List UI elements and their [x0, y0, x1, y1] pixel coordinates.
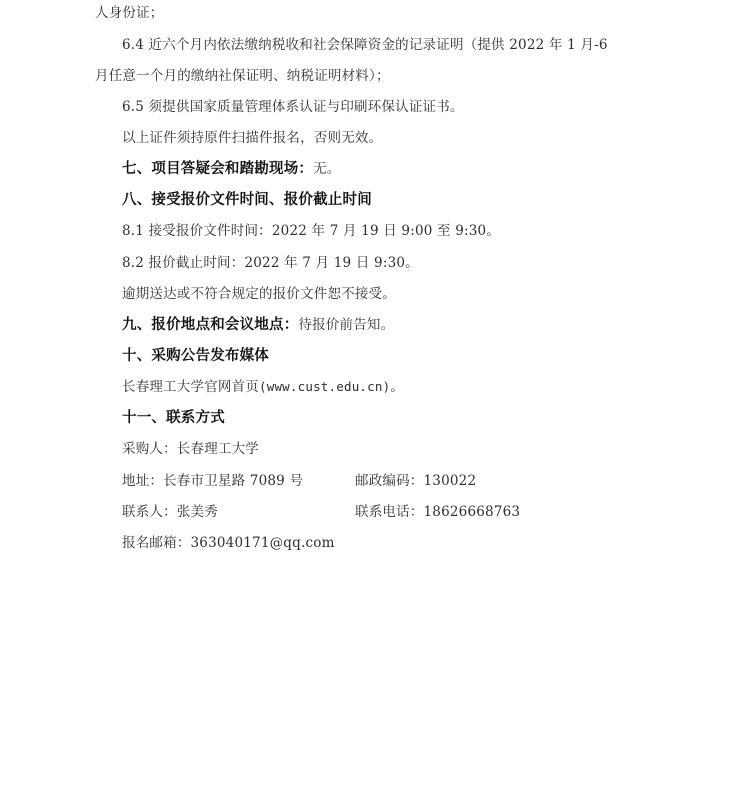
phone-text: 联系电话：18626668763	[355, 501, 520, 523]
section-7-value: 无。	[313, 161, 340, 177]
item-8-2-text: 8.2 报价截止时间：2022 年 7 月 19 日 9:30。	[122, 252, 419, 274]
address-text: 地址：长春市卫星路 7089 号	[122, 473, 303, 489]
address-row: 地址：长春市卫星路 7089 号 邮政编码：130022	[122, 470, 622, 492]
section-7-heading: 七、项目答疑会和踏勘现场：无。	[122, 158, 341, 180]
contact-row: 联系人：张美秀 联系电话：18626668763	[122, 501, 622, 523]
media-url-link[interactable]: (www.cust.edu.cn)	[259, 379, 390, 394]
section-10-heading: 十、采购公告发布媒体	[122, 345, 269, 367]
contact-person-text: 联系人：张美秀	[122, 504, 218, 520]
postcode-text: 邮政编码：130022	[355, 470, 476, 492]
item-6-4-continued-text: 月任意一个月的缴纳社保证明、纳税证明材料）；	[95, 65, 390, 87]
media-name: 长春理工大学官网首页	[122, 379, 259, 395]
media-suffix: 。	[390, 379, 404, 395]
section-8-heading: 八、接受报价文件时间、报价截止时间	[122, 189, 372, 211]
section-9-title: 九、报价地点和会议地点：	[122, 317, 298, 333]
email-text: 报名邮箱：363040171@qq.com	[122, 532, 335, 554]
item-6-5-text: 6.5 须提供国家质量管理体系认证与印刷环保认证证书。	[122, 96, 464, 118]
id-card-tail-text: 人身份证；	[95, 2, 164, 24]
item-6-4-text: 6.4 近六个月内依法缴纳税收和社会保障资金的记录证明（提供 2022 年 1 …	[122, 34, 608, 56]
section-9-heading: 九、报价地点和会议地点：待报价前告知。	[122, 314, 394, 336]
media-text: 长春理工大学官网首页(www.cust.edu.cn)。	[122, 376, 404, 398]
item-8-1-text: 8.1 接受报价文件时间：2022 年 7 月 19 日 9:00 至 9:30…	[122, 220, 500, 242]
purchaser-text: 采购人：长春理工大学	[122, 438, 259, 460]
section-11-heading: 十一、联系方式	[122, 407, 225, 429]
late-note-text: 逾期送达或不符合规定的报价文件恕不接受。	[122, 283, 396, 305]
section-7-title: 七、项目答疑会和踏勘现场：	[122, 161, 313, 177]
scan-note-text: 以上证件须持原件扫描件报名，否则无效。	[122, 127, 382, 149]
section-9-value: 待报价前告知。	[298, 317, 394, 333]
